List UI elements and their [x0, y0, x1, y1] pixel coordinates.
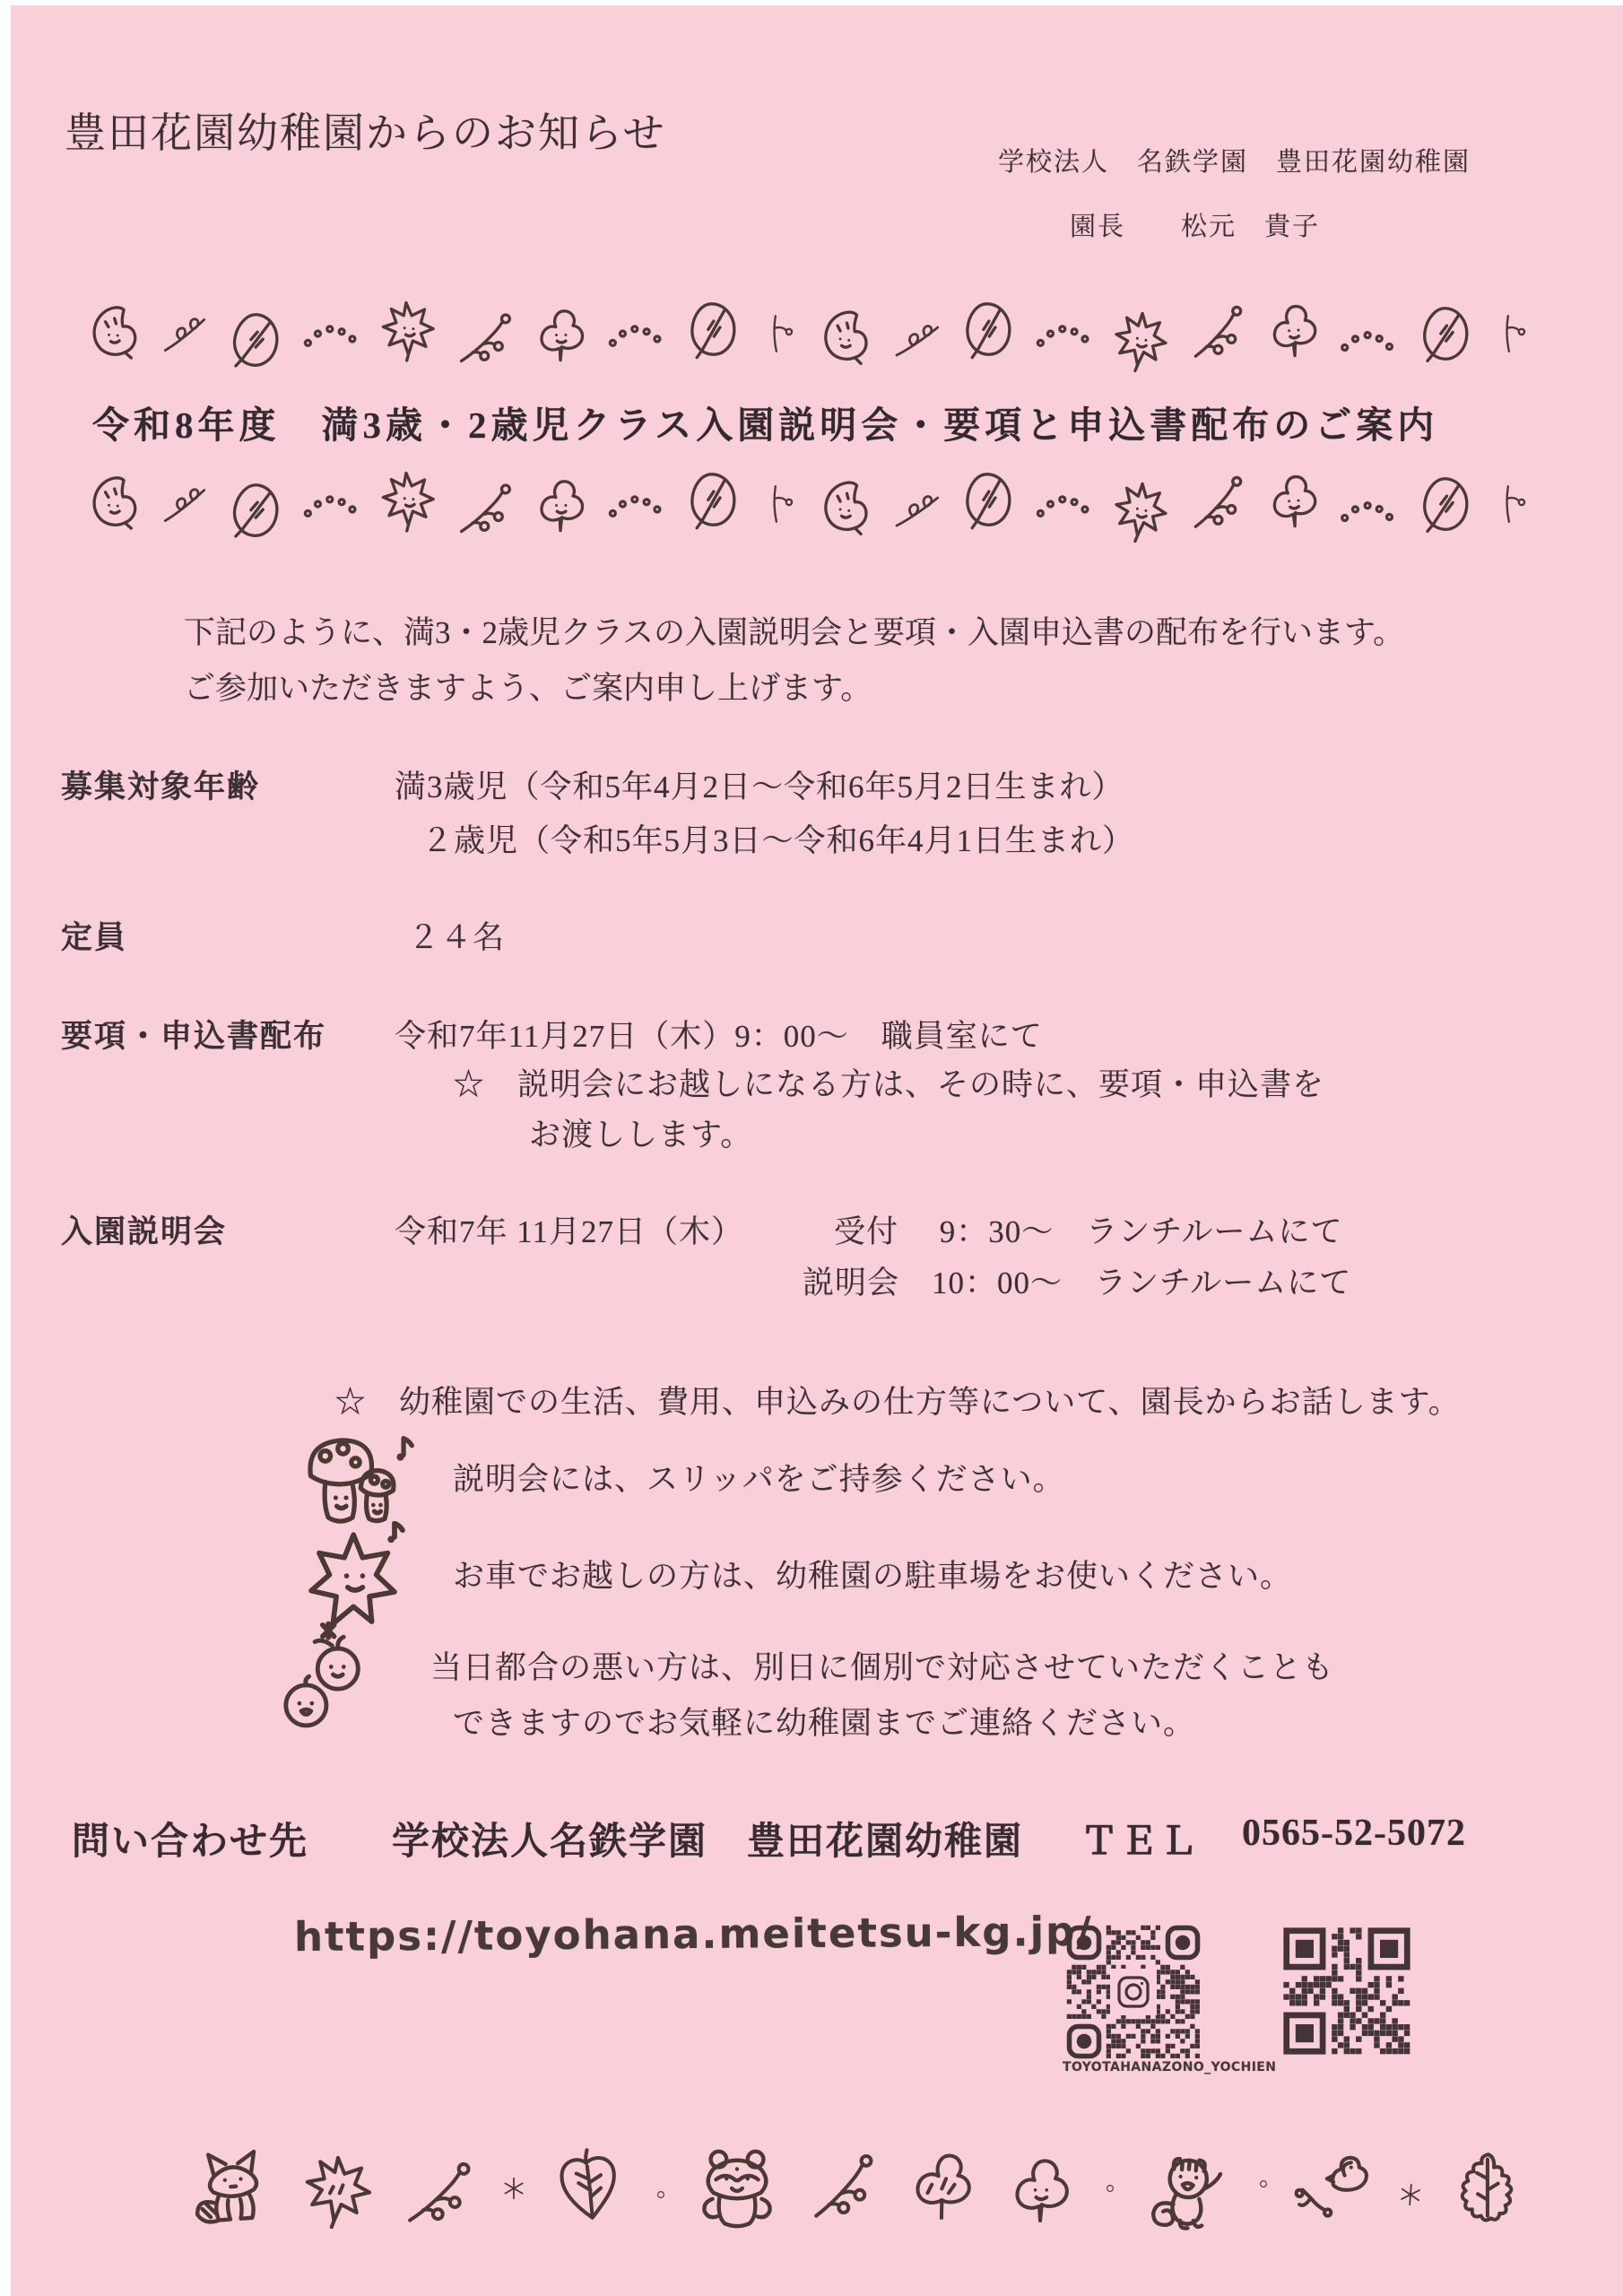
maple-leaf-icon: [372, 288, 444, 371]
school-org-line: 学校法人 名鉄学園 豊田花園幼稚園: [998, 142, 1471, 178]
clover-leaf-icon: [898, 2137, 985, 2231]
note-star: ☆ 幼稚園での生活、費用、申込みの仕方等について、園長からお話します。: [334, 1378, 1461, 1422]
berry-sprig-icon: [448, 299, 520, 382]
intro-line-2: ご参加いただきますよう、ご案内申し上げます。: [184, 664, 872, 709]
ginkgo-leaf-icon: [812, 465, 879, 544]
note-absent-line-2: できますのでお気軽に幼稚園までご連絡ください。: [453, 1699, 1195, 1744]
sprout-icon: [1488, 294, 1535, 373]
capacity-value: ２４名: [408, 913, 505, 958]
contact-label: 問い合わせ先: [72, 1812, 308, 1865]
label-target-age: 募集対象年齢: [61, 762, 260, 807]
contact-org: 学校法人名鉄学園 豊田花園幼稚園: [392, 1812, 1023, 1865]
squirrel-icon: [1137, 2147, 1237, 2241]
ivy-leaf-icon: [1000, 2144, 1081, 2232]
round-leaf-icon: [1412, 294, 1479, 373]
target-age-line-2: ２歳児（令和5年5月3日～令和6年4月1日生まれ）: [421, 816, 1134, 861]
round-leaf-icon: [1412, 465, 1479, 544]
dot-trail-icon: [603, 465, 670, 544]
note-parking: お車でお越しの方は、幼稚園の駐車場をお使いください。: [453, 1552, 1292, 1596]
animal-border-bottom: [187, 2142, 1527, 2235]
berry-sprig-icon: [802, 2144, 882, 2232]
dot-trail-icon: [603, 294, 670, 373]
asterisk-icon: [496, 2144, 532, 2232]
handout-line-1: 令和7年11月27日（木）9：00～ 職員室にて: [395, 1012, 1043, 1057]
sprout-icon: [756, 294, 803, 373]
dot-icon: [1249, 2139, 1279, 2229]
fox-icon: [184, 2136, 283, 2231]
contact-tel-number: 0565-52-5072: [1242, 1812, 1466, 1855]
maple-leaf-icon: [372, 458, 444, 542]
round-leaf-icon: [952, 288, 1024, 371]
ginkgo-leaf-icon: [78, 458, 150, 542]
twig-icon: [157, 465, 213, 544]
dot-trail-icon: [1031, 465, 1098, 544]
tanuki-icon: [690, 2144, 784, 2232]
ginkgo-leaf-icon: [78, 288, 150, 371]
contact-tel-label: ＴＥＬ: [1081, 1812, 1199, 1865]
asterisk-icon: [1389, 2150, 1431, 2240]
round-leaf-icon: [220, 469, 291, 552]
label-handout: 要項・申込書配布: [61, 1012, 326, 1057]
berry-sprig-icon: [448, 469, 520, 552]
ivy-leaf-icon: [1257, 288, 1329, 371]
director-line: 園長 松元 貴子: [1070, 206, 1320, 243]
dot-icon: [646, 2150, 675, 2239]
note-slippers: 説明会には、スリッパをご持参ください。: [453, 1455, 1065, 1500]
instagram-icon: [1110, 1969, 1157, 2015]
berry-sprig-icon: [1184, 294, 1250, 373]
notice-title: 豊田花園幼稚園からのお知らせ: [65, 100, 666, 160]
handout-line-3: お渡しします。: [529, 1110, 752, 1155]
heart-leaf-icon: [547, 2137, 634, 2231]
round-leaf-icon: [220, 299, 291, 382]
oak-leaf-icon: [1446, 2144, 1527, 2232]
apples-icon: [269, 1634, 386, 1740]
ginkgo-leaf-icon: [812, 294, 879, 373]
session-meeting: 説明会 10：00～ ランチルームにて: [803, 1258, 1351, 1303]
dot-trail-icon: [1333, 469, 1405, 552]
star-creature-icon: [294, 1521, 420, 1647]
round-leaf-icon: [677, 288, 749, 371]
label-session: 入園説明会: [61, 1207, 227, 1252]
berry-sprig-icon: [1184, 465, 1250, 544]
twig-icon: [157, 294, 213, 373]
dot-trail-icon: [299, 465, 365, 544]
berry-sprig-icon: [394, 2148, 481, 2241]
dot-trail-icon: [299, 294, 365, 373]
sprout-icon: [1488, 465, 1535, 544]
bird-twig-icon: [1293, 2144, 1374, 2232]
ivy-leaf-icon: [527, 294, 594, 373]
main-heading: 令和8年度 満3歳・2歳児クラス入園説明会・要項と申込書配布のご案内: [92, 396, 1438, 448]
dot-trail-icon: [1333, 299, 1405, 382]
leaf-border-top: [81, 287, 1535, 380]
session-reception: 受付 9：30～ ランチルームにて: [834, 1207, 1343, 1252]
twig-icon: [887, 299, 948, 381]
dot-trail-icon: [1031, 294, 1098, 373]
sprout-icon: [756, 465, 803, 544]
ivy-leaf-icon: [527, 465, 594, 544]
instagram-handle-label: TOYOTAHANAZONO_YOCHIEN: [1063, 2060, 1276, 2074]
maple-leaf-icon: [1105, 299, 1176, 382]
round-leaf-icon: [677, 458, 749, 542]
target-age-line-1: 満3歳児（令和5年4月2日～令和6年5月2日生まれ）: [395, 762, 1124, 807]
dot-icon: [1098, 2144, 1122, 2232]
note-absent-line-1: 当日都合の悪い方は、別日に個別で対応させていただくことも: [430, 1643, 1334, 1688]
label-capacity: 定員: [61, 913, 127, 958]
leaf-border-middle: [81, 457, 1535, 551]
maple-leaf-icon: [1105, 469, 1176, 552]
maple-plain-icon: [298, 2144, 378, 2232]
website-qr-code: [1280, 1925, 1413, 2057]
ivy-leaf-icon: [1257, 458, 1329, 542]
session-date: 令和7年 11月27日（木）: [395, 1207, 743, 1252]
website-url: https://toyohana.meitetsu-kg.jp/: [294, 1908, 1093, 1961]
scanned-notice-page: 豊田花園幼稚園からのお知らせ 学校法人 名鉄学園 豊田花園幼稚園 園長 松元 貴…: [0, 0, 1623, 2296]
round-leaf-icon: [952, 458, 1024, 542]
twig-icon: [887, 469, 948, 552]
intro-line-1: 下記のように、満3・2歳児クラスの入園説明会と要項・入園申込書の配布を行います。: [184, 608, 1404, 653]
handout-line-2: ☆ 説明会にお越しになる方は、その時に、要項・申込書を: [453, 1060, 1324, 1105]
